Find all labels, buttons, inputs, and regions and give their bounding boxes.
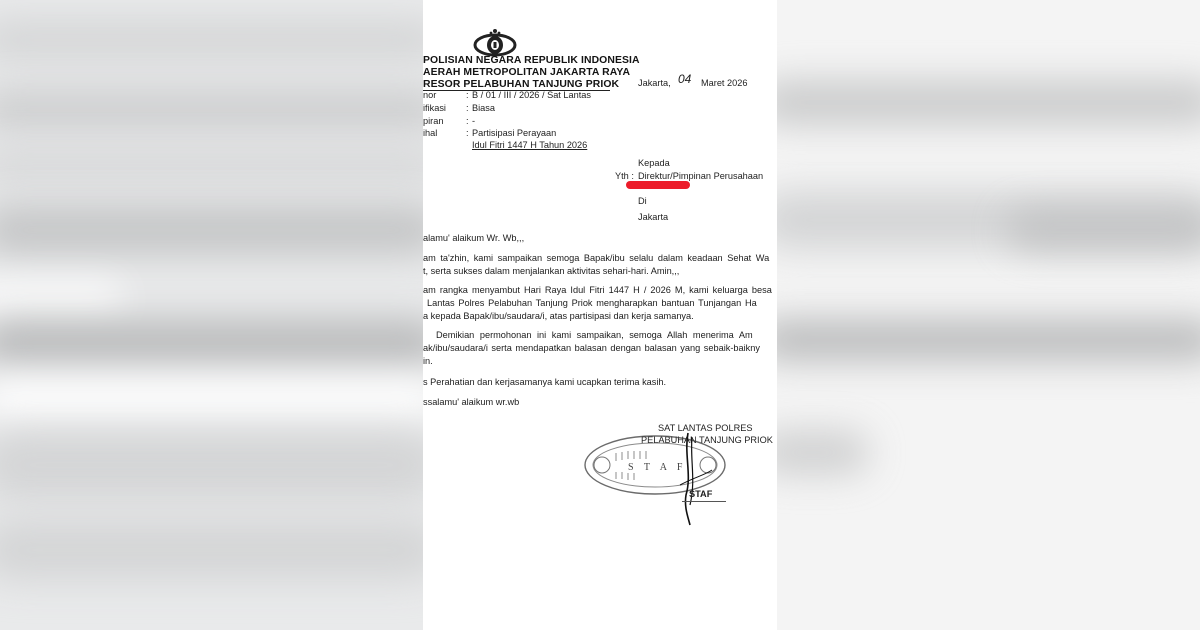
meta-label-lampiran: piran [423, 116, 443, 126]
meta-sep: : [466, 90, 469, 100]
para1-line2: t, serta sukses dalam menjalankan aktivi… [423, 266, 679, 276]
para1-line1: am ta'zhin, kami sampaikan semoga Bapak/… [423, 253, 769, 263]
blurred-background-left [0, 0, 423, 630]
meta-sep: : [466, 103, 469, 113]
subject-line-2: Idul Fitri 1447 H Tahun 2026 [472, 140, 587, 150]
date-city: Jakarta, [638, 78, 671, 88]
thanks-line: s Perahatian dan kerjasamanya kami ucapk… [423, 377, 666, 387]
meta-sep: : [466, 116, 469, 126]
blurred-background-right [777, 0, 1200, 630]
signature-rule [682, 501, 726, 502]
para3-line1: Demikian permohonan ini kami sampaikan, … [436, 330, 753, 340]
police-crest-icon [472, 28, 518, 58]
greeting: alamu' alaikum Wr. Wb,,, [423, 233, 524, 243]
date-day-handwritten: 04 [678, 72, 691, 86]
meta-value-nomor: B / 01 / III / 2026 / Sat Lantas [472, 90, 591, 100]
letterhead-line-3: RESOR PELABUHAN TANJUNG PRIOK [423, 79, 619, 90]
para3-line2: ak/ibu/saudara/i serta mendapatkan balas… [423, 343, 760, 353]
closing-line: ssalamu' alaikum wr.wb [423, 397, 519, 407]
official-stamp-icon: S T A F [580, 425, 780, 530]
para2-line1: am rangka menyambut Hari Raya Idul Fitri… [423, 285, 772, 295]
para3-line3: in. [423, 356, 433, 366]
para2-line2: Lantas Polres Pelabuhan Tanjung Priok me… [427, 298, 757, 308]
svg-text:S T A F: S T A F [628, 462, 687, 473]
recipient-name: Direktur/Pimpinan Perusahaan [638, 171, 763, 181]
letterhead-line-1: POLISIAN NEGARA REPUBLIK INDONESIA [423, 55, 640, 66]
para2-line3: a kepada Bapak/ibu/saudara/i, atas parti… [423, 311, 694, 321]
date-month-year: Maret 2026 [701, 78, 747, 88]
recipient-kepada: Kepada [638, 158, 670, 168]
recipient-yth: Yth : [615, 171, 634, 181]
signature-title: STAF [689, 489, 712, 499]
red-redaction-mark [626, 181, 690, 189]
meta-value-perihal: Partisipasi Perayaan [472, 128, 556, 138]
meta-label-nomor: nor [423, 90, 436, 100]
recipient-city: Jakarta [638, 212, 668, 222]
meta-label-perihal: ihal [423, 128, 437, 138]
meta-sep: : [466, 128, 469, 138]
meta-value-lampiran: - [472, 116, 475, 126]
meta-label-klasifikasi: ifikasi [423, 103, 446, 113]
recipient-di: Di [638, 196, 647, 206]
letterhead-line-2: AERAH METROPOLITAN JAKARTA RAYA [423, 67, 630, 78]
meta-value-klasifikasi: Biasa [472, 103, 495, 113]
